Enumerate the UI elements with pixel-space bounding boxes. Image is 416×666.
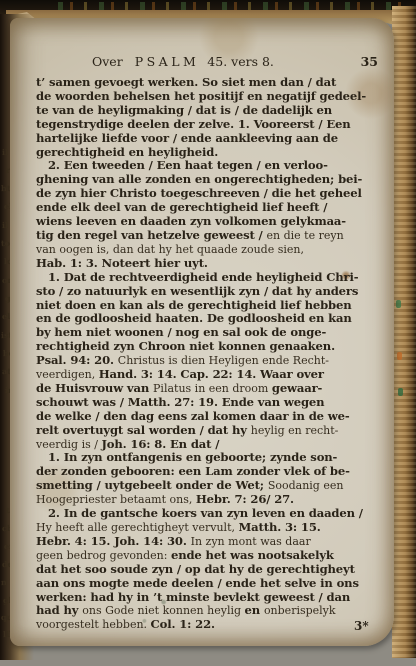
body-line: hartelijke liefde voor / ende aankleevin… — [36, 132, 394, 146]
text-segment: Hy heeft alle gerechtigheyt vervult, — [36, 521, 238, 534]
text-segment: Joh. 16: 8. En dat / — [101, 437, 219, 451]
body-line: Hy heeft alle gerechtigheyt vervult, Mat… — [36, 521, 394, 535]
gutter-fragment: to — [1, 239, 10, 247]
body-line: veerdigen, Hand. 3: 14. Cap. 22: 14. Waa… — [36, 368, 394, 382]
text-segment: hartelijke liefde voor / ende aankleevin… — [36, 131, 338, 145]
text-segment: gerechtigheid en heyligheid. — [36, 145, 218, 159]
text-segment: voorgestelt hebben. — [36, 618, 151, 631]
text-segment: 1. In zyn ontfangenis en geboorte; zynde… — [48, 450, 337, 464]
body-line: schouwt was / Matth. 27: 19. Ende van we… — [36, 396, 394, 410]
text-segment: had hy — [36, 603, 82, 617]
fore-edge-speck — [397, 352, 402, 360]
body-line: veerdig is / Joh. 16: 8. En dat / — [36, 438, 394, 452]
text-segment: en die te reyn — [267, 229, 344, 242]
book-page: Over PSALM 45. vers 8. 35 t’ samen gevoe… — [10, 18, 394, 646]
body-line: smetting / uytgebeelt onder de Wet; Sood… — [36, 479, 394, 493]
text-segment: en de godloosheid haaten. De godloosheid… — [36, 311, 352, 325]
body-text: t’ samen gevoegt werken. So siet men dan… — [36, 76, 394, 632]
text-segment: ende elk deel van de gerechtigheid lief … — [36, 200, 327, 214]
text-segment: en — [245, 603, 264, 617]
body-line: te van de heyligmaking / dat is / de dad… — [36, 104, 394, 118]
body-line: 2. Een tweeden / Een haat tegen / en ver… — [36, 159, 394, 173]
text-segment: Psal. 94: 20. — [36, 353, 118, 367]
text-segment: Hebr. 7: 26/ 27. — [196, 492, 294, 506]
body-line: sto / zo natuurlyk en wesentlijk zyn / d… — [36, 285, 394, 299]
text-segment: de welke / den dag eens zal komen daar i… — [36, 409, 350, 423]
text-segment: te van de heyligmaking / dat is / de dad… — [36, 103, 332, 117]
text-segment: Soodanig een — [268, 479, 344, 492]
text-segment: tig den regel van hetzelve geweest / — [36, 228, 267, 242]
body-line: Hoogepriester betaamt ons, Hebr. 7: 26/ … — [36, 493, 394, 507]
body-line: by hem niet woonen / nog en sal ook de o… — [36, 326, 394, 340]
text-segment: by hem niet woonen / nog en sal ook de o… — [36, 325, 326, 339]
body-line: werken: had hy in ’t minste bevlekt gewe… — [36, 591, 394, 605]
body-line: de woorden behelsen het positijf en nega… — [36, 90, 394, 104]
text-segment: gewaar- — [272, 381, 322, 395]
book-photo: ilrhteliltoldorglelistboatirtcherden lgh… — [0, 0, 416, 666]
body-line: Hab. 1: 3. Noteert hier uyt. — [36, 257, 394, 271]
text-segment: niet doen en kan als de gerechtigheid li… — [36, 298, 352, 312]
text-segment: 2. Een tweeden / Een haat tegen / en ver… — [48, 158, 328, 172]
text-segment: tegenstrydige deelen der zelve. 1. Voore… — [36, 117, 351, 131]
body-line: ende elk deel van de gerechtigheid lief … — [36, 201, 394, 215]
body-line: en de godloosheid haaten. De godloosheid… — [36, 312, 394, 326]
fore-edge-speck — [396, 300, 401, 308]
text-segment: aan ons mogte mede deelen / ende het sel… — [36, 576, 359, 590]
text-segment: Hebr. 4: 15. Joh. 14: 30. — [36, 534, 191, 548]
running-head: Over PSALM 45. vers 8. 35 — [36, 54, 392, 69]
text-segment: geen bedrog gevonden: — [36, 549, 171, 562]
book-fore-edge — [392, 6, 416, 658]
body-line: voorgestelt hebben. Col. 1: 22. — [36, 618, 394, 632]
page-number: 35 — [361, 54, 378, 69]
body-line: Hebr. 4: 15. Joh. 14: 30. In zyn mont wa… — [36, 535, 394, 549]
text-segment: ende het was nootsakelyk — [171, 548, 334, 562]
body-line: tig den regel van hetzelve geweest / en … — [36, 229, 394, 243]
body-line: tegenstrydige deelen der zelve. 1. Voore… — [36, 118, 394, 132]
text-segment: t’ samen gevoegt werken. So siet men dan… — [36, 75, 336, 89]
text-segment: dat het soo soude zyn / op dat hy de ger… — [36, 562, 355, 576]
body-line: geen bedrog gevonden: ende het was noots… — [36, 549, 394, 563]
body-line: ghening van alle zonden en ongerechtighe… — [36, 173, 394, 187]
body-line: van oogen is, dan dat hy het quaade zoud… — [36, 243, 394, 257]
body-line: 2. In de gantsche koers van zyn leven en… — [36, 507, 394, 521]
running-head-prefix: Over — [92, 54, 123, 69]
signature-mark: 3* — [354, 619, 369, 633]
text-segment: veerdigen, — [36, 368, 99, 381]
gutter-fragment: el — [2, 312, 10, 320]
text-segment: werken: had hy in ’t minste bevlekt gewe… — [36, 590, 350, 604]
fore-edge-speck — [398, 388, 403, 396]
body-line: de welke / den dag eens zal komen daar i… — [36, 410, 394, 424]
text-segment: Hoogepriester betaamt ons, — [36, 493, 196, 506]
body-line: rechtigheid zyn Chroon niet konnen genaa… — [36, 340, 394, 354]
gutter-fragment: il — [2, 148, 8, 156]
body-line: had hy ons Gode niet konnen heylig en on… — [36, 604, 394, 618]
text-segment: rechtigheid zyn Chroon niet konnen genaa… — [36, 339, 335, 353]
body-line: de zyn hier Christo toegeschreeven / die… — [36, 187, 394, 201]
text-segment: veerdig is / — [36, 438, 101, 451]
text-segment: de woorden behelsen het positijf en nega… — [36, 89, 366, 103]
text-segment: sto / zo natuurlyk en wesentlijk zyn / d… — [36, 284, 358, 298]
text-segment: heylig en recht- — [251, 424, 339, 437]
text-segment: In zyn mont was daar — [191, 535, 311, 548]
text-segment: onberispelyk — [264, 604, 336, 617]
body-line: 1. In zyn ontfangenis en geboorte; zynde… — [36, 451, 394, 465]
text-segment: Pilatus in een droom — [153, 382, 272, 395]
body-line: t’ samen gevoegt werken. So siet men dan… — [36, 76, 394, 90]
text-segment: Matth. 3: 15. — [238, 520, 320, 534]
text-segment: Christus is dien Heyligen ende Recht- — [118, 354, 329, 367]
text-segment: Col. 1: 22. — [151, 617, 215, 631]
body-line: relt overtuygt sal worden / dat hy heyli… — [36, 424, 394, 438]
text-segment: 2. In de gantsche koers van zyn leven en… — [48, 506, 363, 520]
running-head-title: PSALM — [135, 54, 200, 69]
text-segment: relt overtuygt sal worden / dat hy — [36, 423, 251, 437]
body-line: wiens leeven en daaden zyn volkomen gely… — [36, 215, 394, 229]
text-segment: schouwt was / Matth. 27: 19. Ende van we… — [36, 395, 324, 409]
text-segment: Hand. 3: 14. Cap. 22: 14. Waar over — [99, 367, 324, 381]
body-line: 1. Dat de rechtveerdigheid ende heylighe… — [36, 271, 394, 285]
body-line: gerechtigheid en heyligheid. — [36, 146, 394, 160]
body-line: niet doen en kan als de gerechtigheid li… — [36, 299, 394, 313]
running-head-suffix: 45. vers 8. — [207, 54, 274, 69]
text-segment: de zyn hier Christo toegeschreeven / die… — [36, 186, 362, 200]
text-segment: ghening van alle zonden en ongerechtighe… — [36, 172, 362, 186]
body-line: de Huisvrouw van Pilatus in een droom ge… — [36, 382, 394, 396]
text-segment: smetting / uytgebeelt onder de Wet; — [36, 478, 268, 492]
text-segment: van oogen is, dan dat hy het quaade zoud… — [36, 243, 304, 256]
body-line: Psal. 94: 20. Christus is dien Heyligen … — [36, 354, 394, 368]
text-segment: 1. Dat de rechtveerdigheid ende heylighe… — [48, 270, 358, 284]
text-segment: Hab. 1: 3. Noteert hier uyt. — [36, 256, 208, 270]
text-segment: der zonden gebooren: een Lam zonder vlek… — [36, 464, 350, 478]
body-line: der zonden gebooren: een Lam zonder vlek… — [36, 465, 394, 479]
text-segment: de Huisvrouw van — [36, 381, 153, 395]
text-segment: ons Gode niet konnen heylig — [82, 604, 244, 617]
marbled-edge-specks — [58, 2, 402, 11]
body-line: aan ons mogte mede deelen / ende het sel… — [36, 577, 394, 591]
body-line: dat het soo soude zyn / op dat hy de ger… — [36, 563, 394, 577]
gutter-fragment: il — [2, 221, 8, 229]
text-segment: wiens leeven en daaden zyn volkomen gely… — [36, 214, 346, 228]
